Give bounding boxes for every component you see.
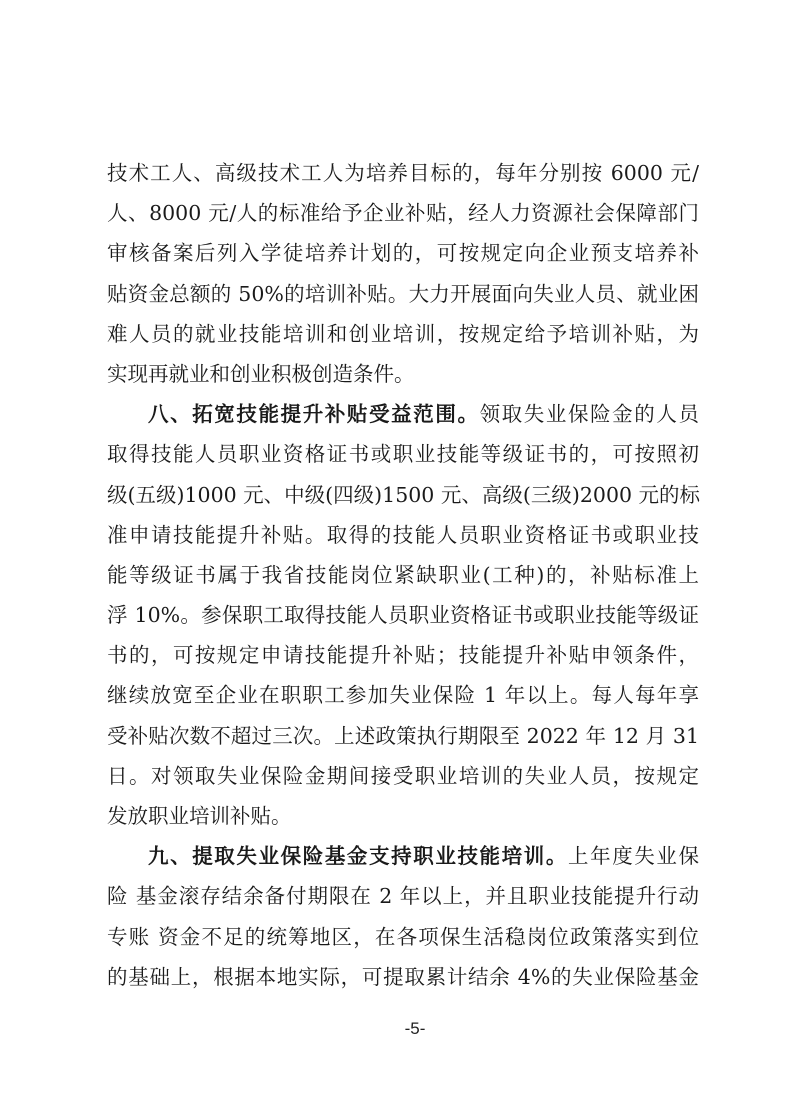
text-line: 人、8000 元/人的标准给予企业补贴，经人力资源社会保障部门 [107, 193, 699, 233]
text-line: 日。对领取失业保险金期间接受职业培训的失业人员，按规定 [107, 756, 699, 796]
document-body: 技术工人、高级技术工人为培养目标的，每年分别按 6000 元/ 人、8000 元… [107, 153, 699, 997]
text-line: 实现再就业和创业积极创造条件。 [107, 354, 699, 394]
paragraph-8-first-line: 八、拓宽技能提升补贴受益范围。领取失业保险金的人员 [107, 394, 699, 434]
text-line: 能等级证书属于我省技能岗位紧缺职业(工种)的，补贴标准上 [107, 555, 699, 595]
section-heading-8: 八、拓宽技能提升补贴受益范围。 [148, 402, 480, 426]
text-line: 书的，可按规定申请技能提升补贴；技能提升补贴申领条件， [107, 635, 699, 675]
text-line: 专账 资金不足的统筹地区，在各项保生活稳岗位政策落实到位 [107, 917, 699, 957]
paragraph-9-first-line: 九、提取失业保险基金支持职业技能培训。上年度失业保 [107, 836, 699, 876]
text-line: 技术工人、高级技术工人为培养目标的，每年分别按 6000 元/ [107, 153, 699, 193]
document-page: 技术工人、高级技术工人为培养目标的，每年分别按 6000 元/ 人、8000 元… [0, 0, 790, 1118]
text-line: 险 基金滚存结余备付期限在 2 年以上，并且职业技能提升行动 [107, 876, 699, 916]
paragraph-9: 九、提取失业保险基金支持职业技能培训。上年度失业保 险 基金滚存结余备付期限在 … [107, 836, 699, 997]
text-line: 难人员的就业技能培训和创业培训，按规定给予培训补贴，为 [107, 314, 699, 354]
text-line: 继续放宽至企业在职职工参加失业保险 1 年以上。每人每年享 [107, 675, 699, 715]
text-line: 级(五级)1000 元、中级(四级)1500 元、高级(三级)2000 元的标 [107, 475, 699, 515]
text-line: 贴资金总额的 50%的培训补贴。大力开展面向失业人员、就业困 [107, 274, 699, 314]
text-line: 取得技能人员职业资格证书或职业技能等级证书的，可按照初 [107, 434, 699, 474]
paragraph-8: 八、拓宽技能提升补贴受益范围。领取失业保险金的人员 取得技能人员职业资格证书或职… [107, 394, 699, 836]
text-line: 审核备案后列入学徒培养计划的，可按规定向企业预支培养补 [107, 233, 699, 273]
page-number: -5- [0, 1019, 790, 1039]
paragraph-7-continuation: 技术工人、高级技术工人为培养目标的，每年分别按 6000 元/ 人、8000 元… [107, 153, 699, 394]
text-line: 发放职业培训补贴。 [107, 796, 699, 836]
text-line: 受补贴次数不超过三次。上述政策执行期限至 2022 年 12 月 31 [107, 716, 699, 756]
text-line: 的基础上，根据本地实际，可提取累计结余 4%的失业保险基金 [107, 957, 699, 997]
text-span: 上年度失业保 [568, 844, 699, 868]
text-line: 浮 10%。参保职工取得技能人员职业资格证书或职业技能等级证 [107, 595, 699, 635]
text-line: 准申请技能提升补贴。取得的技能人员职业资格证书或职业技 [107, 515, 699, 555]
section-heading-9: 九、提取失业保险基金支持职业技能培训。 [148, 844, 568, 868]
text-span: 领取失业保险金的人员 [480, 402, 699, 426]
